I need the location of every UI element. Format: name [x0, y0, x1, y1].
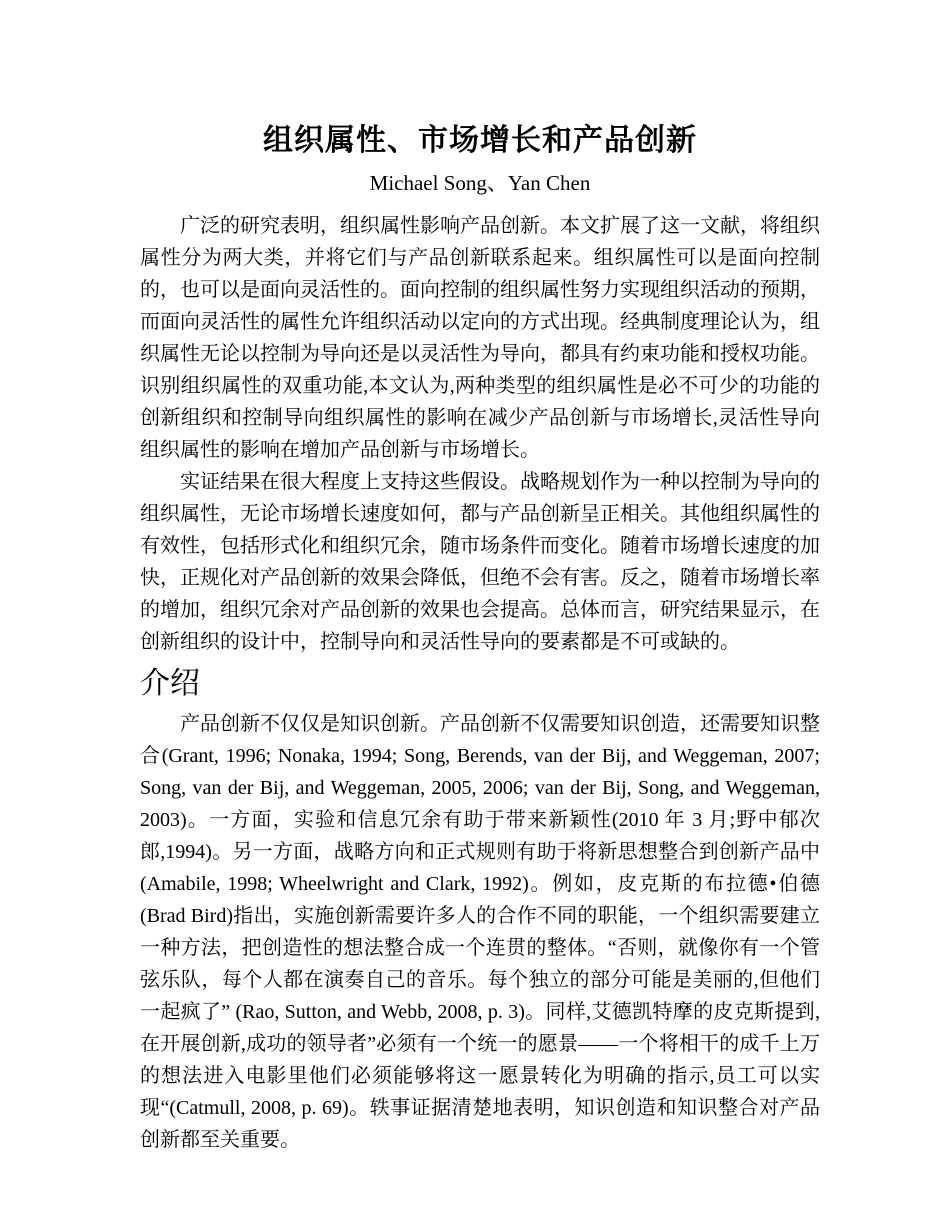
document-content: 组织属性、市场增长和产品创新 Michael Song、Yan Chen 广泛的…	[140, 0, 820, 1156]
paper-authors: Michael Song、Yan Chen	[140, 170, 820, 196]
abstract-paragraph-1: 广泛的研究表明，组织属性影响产品创新。本文扩展了这一文献，将组织属性分为两大类，…	[140, 210, 820, 466]
paper-title: 组织属性、市场增长和产品创新	[140, 122, 820, 160]
section-heading-introduction: 介绍	[140, 664, 820, 704]
introduction-paragraph-1: 产品创新不仅仅是知识创新。产品创新不仅需要知识创造，还需要知识整合(Grant,…	[140, 708, 820, 1156]
document-page: 组织属性、市场增长和产品创新 Michael Song、Yan Chen 广泛的…	[0, 0, 952, 1232]
abstract-paragraph-2: 实证结果在很大程度上支持这些假设。战略规划作为一种以控制为导向的组织属性，无论市…	[140, 466, 820, 658]
